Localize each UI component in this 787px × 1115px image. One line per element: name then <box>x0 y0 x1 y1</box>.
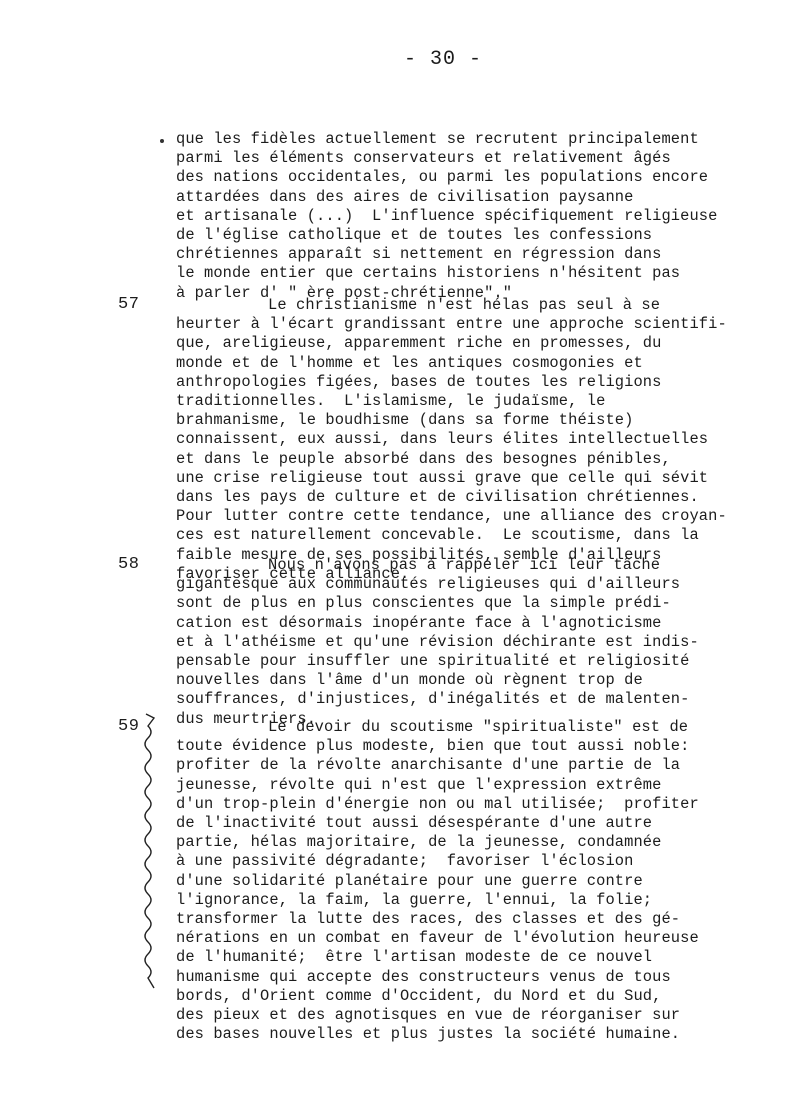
text-line: Nous n'avons pas à rappeler ici leur tâc… <box>176 556 776 575</box>
wavy-margin-mark-icon <box>140 712 162 994</box>
text-line: de l'église catholique et de toutes les … <box>176 226 776 245</box>
paragraph-59: Le devoir du scoutisme "spiritualiste" e… <box>176 718 776 1044</box>
text-line: profiter de la révolte anarchisante d'un… <box>176 756 776 775</box>
text-line: à une passivité dégradante; favoriser l'… <box>176 852 776 871</box>
text-line: des pieux et des agnotisques en vue de r… <box>176 1006 776 1025</box>
text-line: sont de plus en plus conscientes que la … <box>176 594 776 613</box>
text-line: Pour lutter contre cette tendance, une a… <box>176 507 776 526</box>
text-line: traditionnelles. L'islamisme, le judaïsm… <box>176 392 776 411</box>
text-line: une crise religieuse tout aussi grave qu… <box>176 469 776 488</box>
text-line: toute évidence plus modeste, bien que to… <box>176 737 776 756</box>
paragraph-number-57: 57 <box>118 295 139 314</box>
text-line: attardées dans des aires de civilisation… <box>176 188 776 207</box>
paragraph-number-59: 59 <box>118 717 139 736</box>
text-line: cation est désormais inopérante face à l… <box>176 614 776 633</box>
paragraph-number-58: 58 <box>118 555 139 574</box>
text-line: d'une solidarité planétaire pour une gue… <box>176 872 776 891</box>
text-line: gigantesque aux communautés religieuses … <box>176 575 776 594</box>
text-line: pensable pour insuffler une spiritualité… <box>176 652 776 671</box>
margin-dot <box>160 139 164 143</box>
text-line: heurter à l'écart grandissant entre une … <box>176 315 776 334</box>
text-line: et artisanale (...) L'influence spécifiq… <box>176 207 776 226</box>
text-line: nérations en un combat en faveur de l'év… <box>176 929 776 948</box>
text-line: nouvelles dans l'âme d'un monde où règne… <box>176 671 776 690</box>
text-line: d'un trop-plein d'énergie non ou mal uti… <box>176 795 776 814</box>
text-line: que, areligieuse, apparemment riche en p… <box>176 334 776 353</box>
text-line: partie, hélas majoritaire, de la jeuness… <box>176 833 776 852</box>
text-line: ces est naturellement concevable. Le sco… <box>176 526 776 545</box>
text-line: chrétiennes apparaît si nettement en rég… <box>176 245 776 264</box>
paragraph-continuation: que les fidèles actuellement se recruten… <box>176 130 776 303</box>
page-number: - 30 - <box>404 48 482 71</box>
paragraph-58: Nous n'avons pas à rappeler ici leur tâc… <box>176 556 776 729</box>
text-line: l'ignorance, la faim, la guerre, l'ennui… <box>176 891 776 910</box>
text-line: connaissent, eux aussi, dans leurs élite… <box>176 430 776 449</box>
text-line: des bases nouvelles et plus justes la so… <box>176 1025 776 1044</box>
text-line: transformer la lutte des races, des clas… <box>176 910 776 929</box>
text-line: et dans le peuple absorbé dans des besog… <box>176 450 776 469</box>
text-line: jeunesse, révolte qui n'est que l'expres… <box>176 776 776 795</box>
text-line: bords, d'Orient comme d'Occident, du Nor… <box>176 987 776 1006</box>
text-line: anthropologies figées, bases de toutes l… <box>176 373 776 392</box>
text-line: dans les pays de culture et de civilisat… <box>176 488 776 507</box>
text-line: de l'humanité; être l'artisan modeste de… <box>176 948 776 967</box>
text-line: souffrances, d'injustices, d'inégalités … <box>176 690 776 709</box>
text-line: brahmanisme, le boudhisme (dans sa forme… <box>176 411 776 430</box>
text-line: humanisme qui accepte des constructeurs … <box>176 968 776 987</box>
text-line: et à l'athéisme et qu'une révision déchi… <box>176 633 776 652</box>
paragraph-57: Le christianisme n'est hélas pas seul à … <box>176 296 776 584</box>
text-line: que les fidèles actuellement se recruten… <box>176 130 776 149</box>
text-line: le monde entier que certains historiens … <box>176 264 776 283</box>
text-line: parmi les éléments conservateurs et rela… <box>176 149 776 168</box>
text-line: de l'inactivité tout aussi désespérante … <box>176 814 776 833</box>
text-line: Le devoir du scoutisme "spiritualiste" e… <box>176 718 776 737</box>
text-line: des nations occidentales, ou parmi les p… <box>176 168 776 187</box>
text-line: Le christianisme n'est hélas pas seul à … <box>176 296 776 315</box>
text-line: monde et de l'homme et les antiques cosm… <box>176 354 776 373</box>
